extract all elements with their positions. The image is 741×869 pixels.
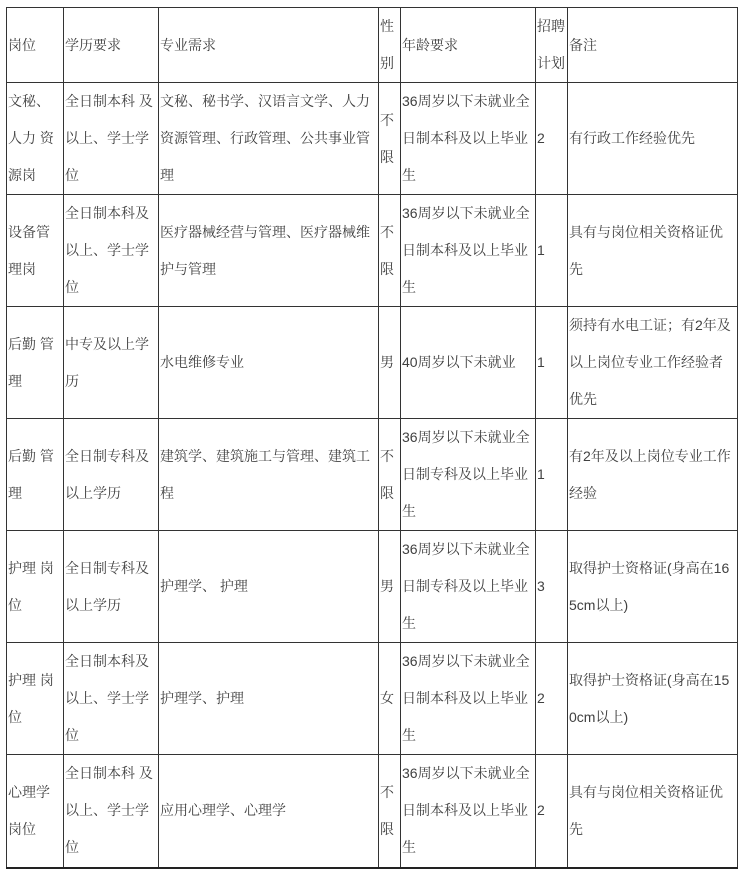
cell-note: 具有与岗位相关资格证优先 xyxy=(568,195,738,307)
table-row: 后勤 管理 中专及以上学历 水电维修专业 男 40周岁以下未就业 1 须持有水电… xyxy=(7,307,738,419)
cell-education: 全日制专科及以上学历 xyxy=(64,531,159,643)
cell-position: 心理学岗位 xyxy=(7,755,64,868)
cell-position: 设备管理岗 xyxy=(7,195,64,307)
col-header-major: 专业需求 xyxy=(159,8,379,83)
cell-gender: 不限 xyxy=(379,419,401,531)
page: 岗位 学历要求 专业需求 性别 年龄要求 招聘计划 备注 文秘、人力 资源岗 全… xyxy=(0,0,741,830)
cell-position: 护理 岗位 xyxy=(7,643,64,755)
cell-position: 后勤 管理 xyxy=(7,419,64,531)
cell-note: 有行政工作经验优先 xyxy=(568,83,738,195)
cell-age: 36周岁以下未就业全日制本科及以上毕业生 xyxy=(401,195,536,307)
cell-education: 全日制本科及以上、学士学位 xyxy=(64,195,159,307)
col-header-note: 备注 xyxy=(568,8,738,83)
col-header-gender: 性别 xyxy=(379,8,401,83)
cell-gender: 男 xyxy=(379,531,401,643)
col-header-age: 年龄要求 xyxy=(401,8,536,83)
cell-note: 取得护士资格证(身高在150cm以上) xyxy=(568,643,738,755)
cell-age: 36周岁以下未就业全日制本科及以上毕业生 xyxy=(401,755,536,868)
cell-gender: 不限 xyxy=(379,755,401,868)
table-row: 后勤 管理 全日制专科及以上学历 建筑学、建筑施工与管理、建筑工程 不限 36周… xyxy=(7,419,738,531)
cell-position: 后勤 管理 xyxy=(7,307,64,419)
cell-note: 须持有水电工证；有2年及以上岗位专业工作经验者优先 xyxy=(568,307,738,419)
cell-count: 1 xyxy=(536,419,568,531)
cell-education: 全日制本科及以上、学士学位 xyxy=(64,643,159,755)
cell-position: 护理 岗位 xyxy=(7,531,64,643)
cell-note: 具有与岗位相关资格证优先 xyxy=(568,755,738,868)
col-header-education: 学历要求 xyxy=(64,8,159,83)
cell-gender: 不限 xyxy=(379,83,401,195)
table-row: 护理 岗位 全日制本科及以上、学士学位 护理学、护理 女 36周岁以下未就业全日… xyxy=(7,643,738,755)
cell-age: 36周岁以下未就业全日制本科及以上毕业生 xyxy=(401,643,536,755)
cell-major: 水电维修专业 xyxy=(159,307,379,419)
recruitment-table: 岗位 学历要求 专业需求 性别 年龄要求 招聘计划 备注 文秘、人力 资源岗 全… xyxy=(6,7,738,869)
cell-age: 36周岁以下未就业全日制本科及以上毕业生 xyxy=(401,83,536,195)
cell-gender: 男 xyxy=(379,307,401,419)
cell-age: 36周岁以下未就业全日制专科及以上毕业生 xyxy=(401,531,536,643)
table-row: 心理学岗位 全日制本科 及以上、学士学位 应用心理学、心理学 不限 36周岁以下… xyxy=(7,755,738,868)
cell-major: 文秘、秘书学、汉语言文学、人力资源管理、行政管理、公共事业管理 xyxy=(159,83,379,195)
cell-count: 1 xyxy=(536,307,568,419)
cell-count: 2 xyxy=(536,643,568,755)
table-row: 护理 岗位 全日制专科及以上学历 护理学、 护理 男 36周岁以下未就业全日制专… xyxy=(7,531,738,643)
cell-gender: 不限 xyxy=(379,195,401,307)
cell-count: 3 xyxy=(536,531,568,643)
cell-education: 中专及以上学历 xyxy=(64,307,159,419)
cell-age: 40周岁以下未就业 xyxy=(401,307,536,419)
cell-education: 全日制专科及以上学历 xyxy=(64,419,159,531)
cell-major: 应用心理学、心理学 xyxy=(159,755,379,868)
cell-major: 建筑学、建筑施工与管理、建筑工程 xyxy=(159,419,379,531)
cell-major: 医疗器械经营与管理、医疗器械维护与管理 xyxy=(159,195,379,307)
col-header-count: 招聘计划 xyxy=(536,8,568,83)
cell-education: 全日制本科 及以上、学士学位 xyxy=(64,755,159,868)
cell-major: 护理学、护理 xyxy=(159,643,379,755)
cell-count: 2 xyxy=(536,755,568,868)
table-row: 文秘、人力 资源岗 全日制本科 及以上、学士学位 文秘、秘书学、汉语言文学、人力… xyxy=(7,83,738,195)
cell-education: 全日制本科 及以上、学士学位 xyxy=(64,83,159,195)
cell-major: 护理学、 护理 xyxy=(159,531,379,643)
cell-note: 有2年及以上岗位专业工作经验 xyxy=(568,419,738,531)
cell-count: 2 xyxy=(536,83,568,195)
cell-count: 1 xyxy=(536,195,568,307)
cell-gender: 女 xyxy=(379,643,401,755)
cell-note: 取得护士资格证(身高在165cm以上) xyxy=(568,531,738,643)
cell-position: 文秘、人力 资源岗 xyxy=(7,83,64,195)
table-header-row: 岗位 学历要求 专业需求 性别 年龄要求 招聘计划 备注 xyxy=(7,8,738,83)
table-row: 设备管理岗 全日制本科及以上、学士学位 医疗器械经营与管理、医疗器械维护与管理 … xyxy=(7,195,738,307)
col-header-position: 岗位 xyxy=(7,8,64,83)
cell-age: 36周岁以下未就业全日制专科及以上毕业生 xyxy=(401,419,536,531)
